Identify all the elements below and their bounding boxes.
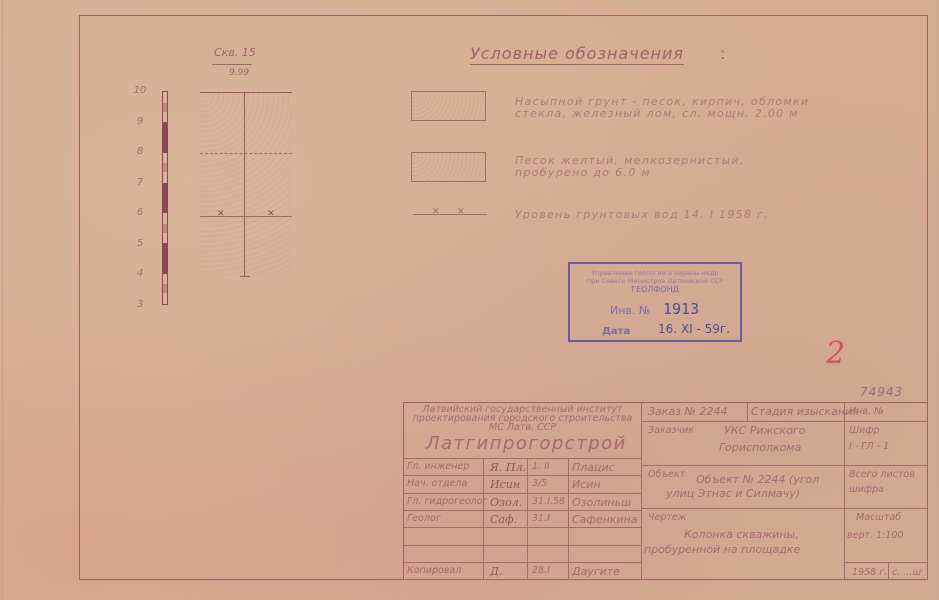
- depth-scale-bar: [162, 91, 168, 305]
- code-value: I - ГЛ - 1: [849, 441, 889, 452]
- staff-name: Озолиньш: [572, 496, 631, 509]
- object-line2: улиц Этнас и Силмачу): [666, 487, 800, 500]
- borehole-title-rule: [212, 64, 252, 65]
- groundwater-level-line: [200, 216, 292, 217]
- depth-scale-segment: [163, 122, 167, 152]
- grid-line: [888, 562, 889, 580]
- depth-tick-label: 6: [133, 207, 147, 218]
- institute-header: Латвийский государственный институт прое…: [410, 405, 635, 432]
- depth-tick-label: 5: [133, 238, 147, 249]
- drawing-line1: Колонка скважины,: [684, 528, 799, 541]
- customer-label: Заказчик: [648, 425, 694, 436]
- staff-role: Копировал: [407, 565, 461, 576]
- order-cell: Заказ № 2244: [648, 405, 727, 418]
- institute-line: МС Латв. ССР: [410, 423, 635, 432]
- drawing-label: Чертеж: [648, 512, 686, 523]
- stamp-date-label: Дата: [602, 326, 630, 337]
- sheet-number: 2: [826, 336, 845, 371]
- stamp-date-value: 16. XI - 59г.: [658, 322, 730, 336]
- order-number: 2244: [699, 405, 727, 418]
- staff-signature: Исин: [490, 478, 520, 491]
- code-label: Шифр: [849, 425, 880, 436]
- staff-name: Исин: [572, 478, 601, 491]
- soil-fill-pattern: [200, 93, 292, 275]
- fill-boundary-line: [200, 153, 292, 154]
- staff-name: Сафенкина: [572, 513, 638, 526]
- object-label: Объект: [648, 469, 685, 480]
- legend-item-groundwater: Уровень грунтовых вод 14. I 1958 г.: [515, 209, 769, 221]
- depth-scale-segment: [163, 284, 167, 293]
- depth-scale-segment: [163, 224, 167, 233]
- borehole-elevation: 9.99: [229, 68, 249, 78]
- staff-signature: Д.: [490, 565, 502, 578]
- grid-line: [404, 562, 641, 563]
- drawing-line2: пробуренной на площадке: [644, 543, 800, 556]
- stamp-line: ГЕОЛФОНД: [570, 285, 740, 295]
- sheet-edge-right: [937, 0, 938, 600]
- staff-name: Плацис: [572, 461, 615, 474]
- depth-tick-label: 3: [133, 299, 147, 310]
- stamp-line: при Совете Министров Латвийской ССР: [570, 277, 740, 285]
- legend-text-line: стекла, железный лом, сл. мощн. 2.00 м: [515, 108, 809, 120]
- legend-symbol-sand: [411, 152, 486, 182]
- grid-line: [641, 465, 927, 466]
- staff-date: 31.I: [532, 513, 550, 524]
- grid-line: [747, 403, 748, 421]
- grid-line: [404, 475, 641, 476]
- grid-line: [844, 403, 845, 580]
- staff-role: Геолог: [407, 513, 441, 524]
- depth-tick-label: 4: [133, 268, 147, 279]
- stamp-line: Управление геологии и охраны недр: [570, 269, 740, 277]
- depth-scale-segment: [163, 243, 167, 273]
- grid-line: [844, 562, 927, 563]
- legend-symbol-fill-soil: [411, 91, 486, 121]
- staff-role: Гл. инженер: [407, 461, 469, 472]
- staff-signature: Озол.: [490, 496, 522, 509]
- sheet-ref: с. ...ш: [892, 567, 921, 578]
- grid-line: [404, 493, 641, 494]
- archive-number: 74943: [860, 385, 903, 399]
- scale-value: верт. 1:100: [847, 530, 903, 541]
- borehole-bottom-tick: [240, 276, 250, 277]
- customer-line2: Горисполкома: [719, 441, 801, 454]
- depth-tick-label: 10: [133, 85, 147, 96]
- depth-tick-label: 7: [133, 177, 147, 188]
- borehole-top-line: [200, 92, 292, 93]
- stamp-inv-label: Инв. №: [610, 304, 650, 317]
- sheets-sub: шифра: [849, 484, 884, 495]
- geofund-stamp: Управление геологии и охраны недр при Со…: [568, 262, 742, 342]
- grid-line: [404, 545, 641, 546]
- grid-line: [641, 508, 927, 509]
- staff-date: 31.I.58: [532, 496, 565, 507]
- depth-scale-segment: [163, 183, 167, 213]
- staff-name: Даугите: [572, 565, 620, 578]
- institute-name: Латгипрогорстрой: [426, 433, 627, 454]
- staff-role: Гл. гидрогеолог: [407, 496, 488, 507]
- sheets-label: Всего листов: [849, 469, 915, 480]
- staff-signature: Я. Пл.: [490, 461, 526, 474]
- legend-item-sand: Песок желтый, мелкозернистый, пробурено …: [515, 155, 745, 179]
- borehole-axis: [244, 92, 245, 277]
- depth-tick-label: 8: [133, 146, 147, 157]
- year: 1958 г.: [852, 567, 887, 578]
- legend-symbol-groundwater: [413, 214, 487, 215]
- title-block: Латвийский государственный институт прое…: [403, 402, 928, 580]
- staff-role: Нач. отдела: [407, 478, 467, 489]
- object-line1: Объект № 2244 (угол: [696, 473, 819, 486]
- legend-text-line: пробурено до 6.0 м: [515, 167, 745, 179]
- depth-tick-label: 9: [133, 116, 147, 127]
- groundwater-x-mark: ✕: [217, 209, 225, 219]
- grid-line: [404, 458, 641, 459]
- legend-title: Условные обозначения: [470, 44, 684, 65]
- customer-line1: УКС Рижского: [724, 424, 805, 437]
- groundwater-x-mark: ✕: [432, 207, 440, 217]
- depth-scale-segment: [163, 163, 167, 172]
- stage: Стадия изыскания: [751, 405, 859, 418]
- groundwater-x-mark: ✕: [267, 209, 275, 219]
- grid-line: [404, 527, 641, 528]
- grid-line: [641, 403, 642, 580]
- groundwater-x-mark: ✕: [457, 207, 465, 217]
- staff-date: 1. II: [532, 461, 550, 472]
- scale-label: Масштаб: [856, 512, 901, 523]
- legend-item-fill-soil: Насыпной грунт - песок, кирпич, обломки …: [515, 96, 809, 120]
- staff-date: 28.I: [532, 565, 550, 576]
- depth-scale-segment: [163, 103, 167, 112]
- legend-title-colon: :: [720, 44, 725, 63]
- borehole-title: Скв. 15: [214, 46, 256, 59]
- order-label: Заказ №: [648, 405, 696, 418]
- inv-no-label: Инв. №: [849, 406, 884, 417]
- grid-line: [641, 421, 927, 422]
- staff-signature: Саф.: [490, 513, 517, 526]
- stamp-inv-number: 1913: [663, 300, 699, 318]
- grid-line: [404, 510, 641, 511]
- staff-date: 3/5: [532, 478, 547, 489]
- sheet-edge-left: [2, 0, 3, 600]
